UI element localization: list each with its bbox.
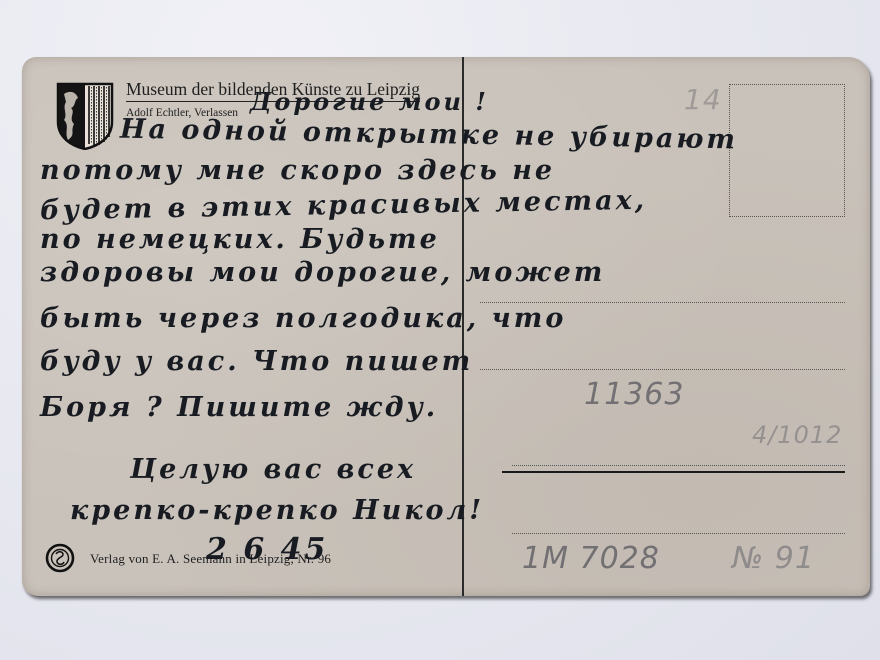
handwriting-line: быть через полгодика, что [40, 303, 566, 334]
handwriting-line: будет в этих красивых местах, [40, 185, 648, 227]
pencil-note: 1М 7028 [522, 541, 660, 576]
handwriting-line: здоровы мои дорогие, может [40, 257, 605, 288]
handwriting-line: потому мне скоро здесь не [40, 155, 555, 186]
address-line-3 [512, 465, 845, 466]
pencil-note: 14 [684, 83, 722, 116]
postcard: Museum der bildenden Künste zu Leipzig A… [22, 57, 870, 596]
handwriting-line: Боря ? Пишите жду. [40, 392, 438, 423]
handwriting-line: буду у вас. Что пишет [40, 346, 473, 377]
pencil-note: 11363 [584, 377, 684, 412]
handwriting-date: 2 6 45 [206, 532, 328, 567]
handwriting-line: Целую вас всех [130, 454, 416, 485]
pencil-note: № 91 [732, 541, 815, 576]
handwriting-line: по немецких. Будьте [40, 224, 440, 255]
address-line-4 [512, 533, 845, 534]
handwriting-line: крепко-крепко Никол! [70, 495, 484, 526]
handwriting-line: На одной открытке не убирают [120, 114, 739, 156]
stamp-box [729, 84, 845, 217]
strike-line [502, 471, 845, 473]
address-line-2 [480, 369, 845, 370]
seemann-logo-icon [45, 543, 75, 573]
handwriting-line: Дорогие мои ! [250, 87, 489, 116]
pencil-note: 4/1012 [752, 421, 842, 449]
leipzig-crest-icon [56, 82, 114, 150]
